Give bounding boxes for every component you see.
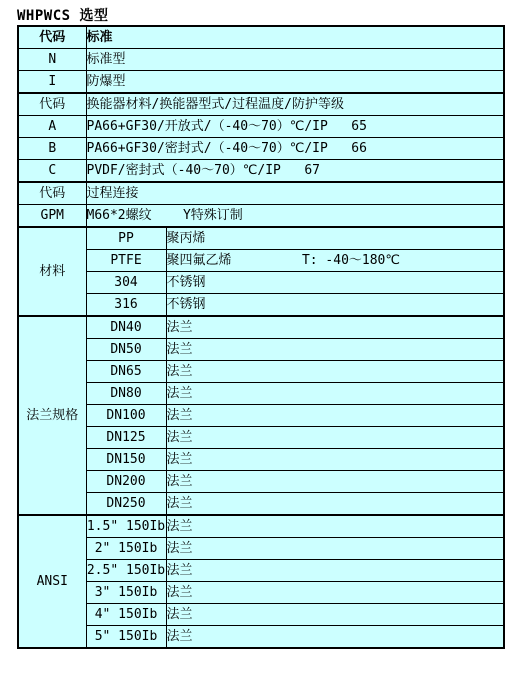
row-desc: 法兰: [166, 316, 504, 339]
group-label-material: 材料: [18, 227, 86, 316]
row-desc: 法兰: [166, 560, 504, 582]
row-code: DN40: [86, 316, 166, 339]
row-code: 304: [86, 272, 166, 294]
table-row: N 标准型: [18, 49, 504, 71]
row-code: B: [18, 138, 86, 160]
row-code: 316: [86, 294, 166, 317]
table-row: 304 不锈钢: [18, 272, 504, 294]
row-desc: 法兰: [166, 361, 504, 383]
row-desc: 法兰: [166, 383, 504, 405]
group-label-flange: 法兰规格: [18, 316, 86, 515]
row-code: 代码: [18, 182, 86, 205]
row-code: PTFE: [86, 250, 166, 272]
row-code: DN250: [86, 493, 166, 516]
group-label-ansi: ANSI: [18, 515, 86, 648]
row-code: DN80: [86, 383, 166, 405]
table-row: A PA66+GF30/开放式/（-40～70）℃/IP 65: [18, 116, 504, 138]
table-row: DN250 法兰: [18, 493, 504, 516]
row-desc: 换能器材料/换能器型式/过程温度/防护等级: [86, 93, 504, 116]
table-row: ANSI 1.5" 150Ib 法兰: [18, 515, 504, 538]
table-row: GPM M66*2螺纹 Y特殊订制: [18, 205, 504, 228]
row-desc: 法兰: [166, 582, 504, 604]
row-code: DN50: [86, 339, 166, 361]
row-code: 2" 150Ib: [86, 538, 166, 560]
row-desc: 法兰: [166, 515, 504, 538]
row-code: DN100: [86, 405, 166, 427]
table-row: 代码 换能器材料/换能器型式/过程温度/防护等级: [18, 93, 504, 116]
table-row: 3" 150Ib 法兰: [18, 582, 504, 604]
page-title: WHPWCS 选型: [17, 5, 109, 25]
row-desc: 法兰: [166, 427, 504, 449]
row-code: 代码: [18, 93, 86, 116]
row-desc: M66*2螺纹 Y特殊订制: [86, 205, 504, 228]
row-code: 2.5" 150Ib: [86, 560, 166, 582]
table-row: 2.5" 150Ib 法兰: [18, 560, 504, 582]
row-code: DN125: [86, 427, 166, 449]
row-desc: 法兰: [166, 449, 504, 471]
table-row: C PVDF/密封式（-40～70）℃/IP 67: [18, 160, 504, 183]
row-desc: 不锈钢: [166, 272, 504, 294]
table-row: DN150 法兰: [18, 449, 504, 471]
row-desc: 法兰: [166, 538, 504, 560]
row-desc: PA66+GF30/开放式/（-40～70）℃/IP 65: [86, 116, 504, 138]
row-desc: 法兰: [166, 339, 504, 361]
table-row: 316 不锈钢: [18, 294, 504, 317]
table-row: DN125 法兰: [18, 427, 504, 449]
table-row: DN80 法兰: [18, 383, 504, 405]
row-desc: 法兰: [166, 493, 504, 516]
row-code: 3" 150Ib: [86, 582, 166, 604]
table-row: 材料 PP 聚丙烯: [18, 227, 504, 250]
row-code: A: [18, 116, 86, 138]
row-code: 4" 150Ib: [86, 604, 166, 626]
row-desc: PA66+GF30/密封式/（-40～70）℃/IP 66: [86, 138, 504, 160]
row-code: 1.5" 150Ib: [86, 515, 166, 538]
row-code: DN200: [86, 471, 166, 493]
table-row: B PA66+GF30/密封式/（-40～70）℃/IP 66: [18, 138, 504, 160]
table-row: 5" 150Ib 法兰: [18, 626, 504, 649]
row-code: GPM: [18, 205, 86, 228]
table-row: DN200 法兰: [18, 471, 504, 493]
table-row: 代码 过程连接: [18, 182, 504, 205]
row-code: DN150: [86, 449, 166, 471]
selection-table: 代码 标准 N 标准型 I 防爆型 代码 换能器材料/换能器型式/过程温度/防护…: [17, 25, 505, 649]
table-row: PTFE 聚四氟乙烯 T: -40～180℃: [18, 250, 504, 272]
row-code: I: [18, 71, 86, 94]
table-row: DN65 法兰: [18, 361, 504, 383]
table-row: DN50 法兰: [18, 339, 504, 361]
header-code: 代码: [18, 26, 86, 49]
row-code: 5" 150Ib: [86, 626, 166, 649]
row-code: DN65: [86, 361, 166, 383]
row-desc: 过程连接: [86, 182, 504, 205]
row-desc: 标准型: [86, 49, 504, 71]
row-desc: 防爆型: [86, 71, 504, 94]
table-header-row: 代码 标准: [18, 26, 504, 49]
table-row: 4" 150Ib 法兰: [18, 604, 504, 626]
row-desc: 法兰: [166, 471, 504, 493]
row-code: C: [18, 160, 86, 183]
table-row: 2" 150Ib 法兰: [18, 538, 504, 560]
row-desc: 聚四氟乙烯 T: -40～180℃: [166, 250, 504, 272]
table-row: I 防爆型: [18, 71, 504, 94]
row-desc: 法兰: [166, 604, 504, 626]
row-code: PP: [86, 227, 166, 250]
row-desc: 法兰: [166, 626, 504, 649]
row-desc: 不锈钢: [166, 294, 504, 317]
row-desc: 聚丙烯: [166, 227, 504, 250]
row-desc: 法兰: [166, 405, 504, 427]
table-row: 法兰规格 DN40 法兰: [18, 316, 504, 339]
row-code: N: [18, 49, 86, 71]
table-row: DN100 法兰: [18, 405, 504, 427]
header-standard: 标准: [86, 26, 504, 49]
row-desc: PVDF/密封式（-40～70）℃/IP 67: [86, 160, 504, 183]
